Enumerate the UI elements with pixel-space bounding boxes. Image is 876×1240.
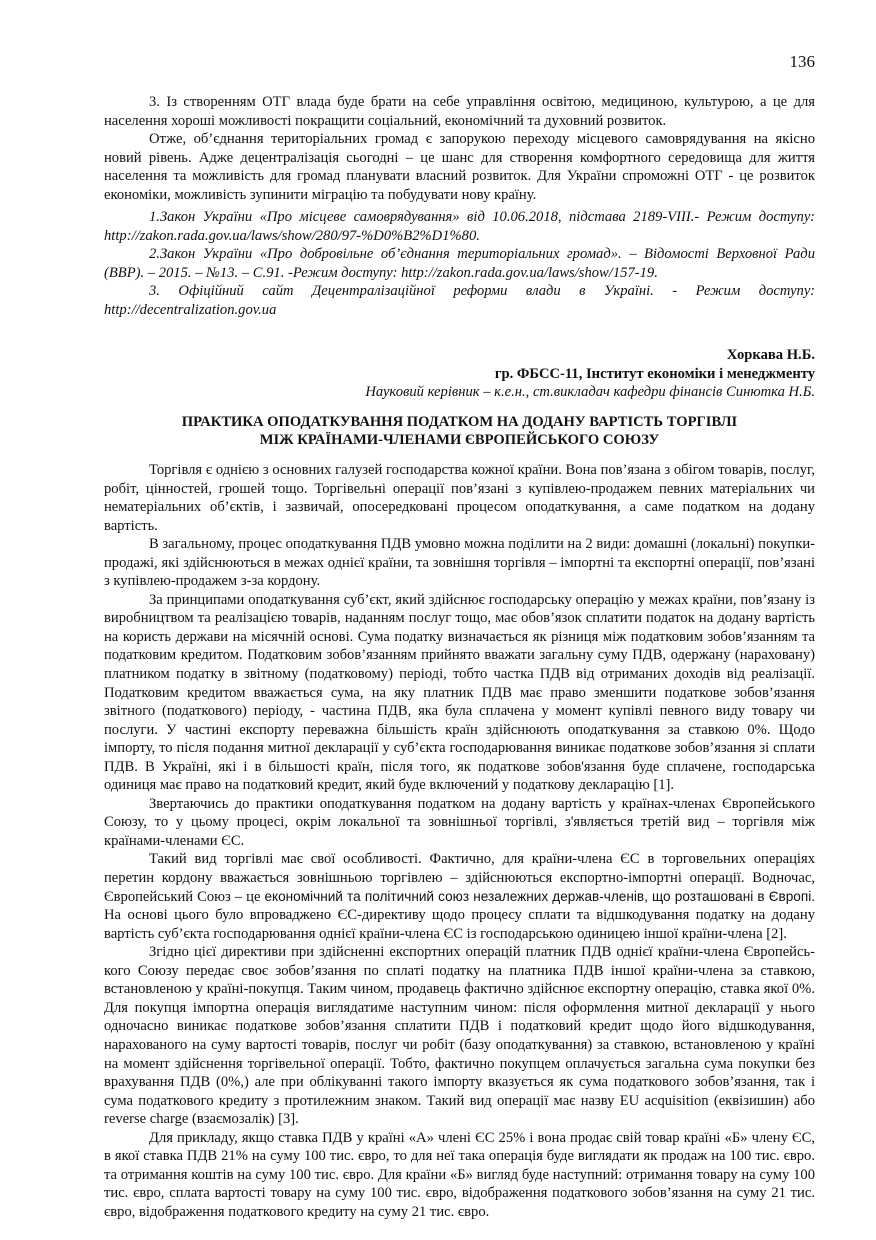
paragraph: Торгівля є однією з основних галузей гос… (104, 461, 815, 535)
paragraph: Звертаючись до практики оподаткування по… (104, 795, 815, 851)
paragraph: За принципами оподаткування суб’єкт, яки… (104, 591, 815, 795)
page-number: 136 (104, 52, 815, 72)
references-list: 1.Закон України «Про місцеве самоврядува… (104, 208, 815, 319)
paragraph: Отже, об’єднання територіальних громад є… (104, 130, 815, 204)
reference-item: 3. Офіційний сайт Децентралізаційної реф… (104, 282, 815, 319)
text-run: незалежних держав-членів, що розташовані… (473, 889, 815, 904)
reference-item: 1.Закон України «Про місцеве самоврядува… (104, 208, 815, 245)
paragraph: 3. Із створенням ОТГ влада буде брати на… (104, 93, 815, 130)
paragraph: Такий вид торгівлі має свої особливості.… (104, 850, 815, 943)
text-run: На основі цього було впроваджено ЄС-дире… (104, 907, 815, 942)
paragraph: Згідно цієї директиви при здійсненні екс… (104, 943, 815, 1128)
reference-item: 2.Закон України «Про добровільне об’єдна… (104, 245, 815, 282)
text-run: політичний (365, 889, 434, 904)
paragraph: В загальному, процес оподаткування ПДВ у… (104, 535, 815, 591)
previous-article-conclusion: 3. Із створенням ОТГ влада буде брати на… (104, 93, 815, 204)
paragraph: Для прикладу, якщо ставка ПДВ у країні «… (104, 1129, 815, 1222)
author-block: Хоркава Н.Б. гр. ФБСС-11, Інститут еконо… (104, 346, 815, 402)
text-run: економічний (264, 889, 342, 904)
article-title-line-2: МІЖ КРАЇНАМИ-ЧЛЕНАМИ ЄВРОПЕЙСЬКОГО СОЮЗУ (104, 431, 815, 449)
article-title: ПРАКТИКА ОПОДАТКУВАННЯ ПОДАТКОМ НА ДОДАН… (104, 413, 815, 449)
article-title-line-1: ПРАКТИКА ОПОДАТКУВАННЯ ПОДАТКОМ НА ДОДАН… (104, 413, 815, 431)
scientific-supervisor: Науковий керівник – к.е.н., ст.викладач … (104, 383, 815, 402)
article-body: Торгівля є однією з основних галузей гос… (104, 461, 815, 1221)
text-run: союз (434, 889, 473, 904)
author-name: Хоркава Н.Б. (104, 346, 815, 365)
author-affiliation: гр. ФБСС-11, Інститут економіки і менедж… (104, 365, 815, 384)
text-run: та (343, 889, 365, 904)
